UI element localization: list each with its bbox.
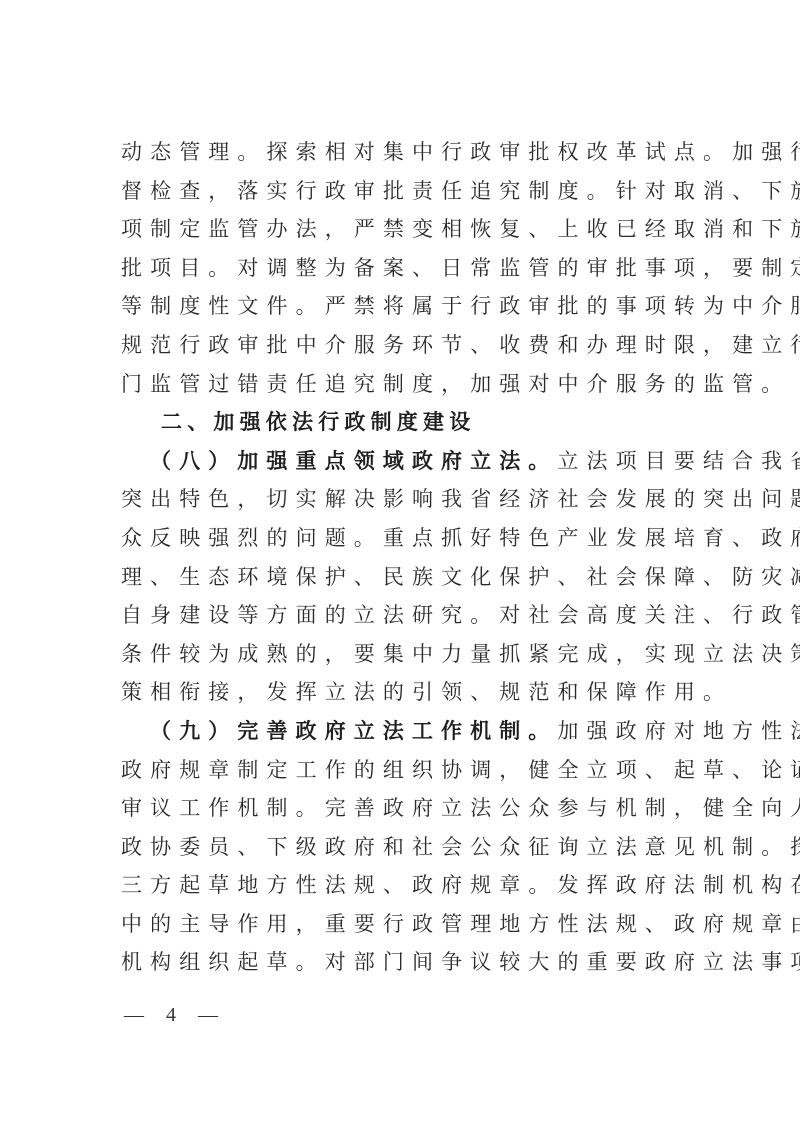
paragraph-line: 策相衔接，发挥立法的引领、规范和保障作用。: [121, 673, 711, 712]
paragraph-line: 动态管理。探索相对集中行政审批权改革试点。加强行政审批监: [121, 133, 711, 172]
paragraph-line: 理、生态环境保护、民族文化保护、社会保障、防灾减灾、政府: [121, 558, 711, 597]
paragraph-line: 自身建设等方面的立法研究。对社会高度关注、行政管理急需、: [121, 596, 711, 635]
paragraph-line: 中的主导作用，重要行政管理地方性法规、政府规章由政府法制: [121, 905, 711, 944]
item-9-first-line: （九）完善政府立法工作机制。加强政府对地方性法规草案、: [121, 712, 711, 751]
paragraph-line: 规范行政审批中介服务环节、收费和办理时限，建立行政主管部: [121, 326, 711, 365]
paragraph-line: 三方起草地方性法规、政府规章。发挥政府法制机构在政府立法: [121, 866, 711, 905]
item-8-first-line: （八）加强重点领域政府立法。立法项目要结合我省实际、: [121, 442, 711, 481]
paragraph-line: 条件较为成熟的，要集中力量抓紧完成，实现立法决策与改革决: [121, 635, 711, 674]
paragraph-line: 项制定监管办法，严禁变相恢复、上收已经取消和下放的行政审: [121, 210, 711, 249]
paragraph-line: 门监管过错责任追究制度，加强对中介服务的监管。: [121, 365, 711, 404]
item-8-text: 立法项目要结合我省实际、: [557, 449, 800, 473]
paragraph-line: 审议工作机制。完善政府立法公众参与机制，健全向人大代表、: [121, 789, 711, 828]
paragraph-line: 众反映强烈的问题。重点抓好特色产业发展培育、政府投资管: [121, 519, 711, 558]
paragraph-line: 突出特色，切实解决影响我省经济社会发展的突出问题和人民群: [121, 480, 711, 519]
paragraph-line: 批项目。对调整为备案、日常监管的审批事项，要制定办理指南: [121, 249, 711, 288]
document-page: 动态管理。探索相对集中行政审批权改革试点。加强行政审批监 督检查，落实行政审批责…: [0, 0, 800, 1127]
item-9-text: 加强政府对地方性法规草案、: [557, 719, 800, 743]
paragraph-line: 机构组织起草。对部门间争议较大的重要政府立法事项，由政府: [121, 943, 711, 982]
item-9-title: （九）完善政府立法工作机制。: [150, 718, 557, 743]
item-8-title: （八）加强重点领域政府立法。: [150, 448, 557, 473]
paragraph-line: 政协委员、下级政府和社会公众征询立法意见机制。探索委托第: [121, 828, 711, 867]
paragraph-line: 等制度性文件。严禁将属于行政审批的事项转为中介服务事项，: [121, 287, 711, 326]
paragraph-line: 政府规章制定工作的组织协调，健全立项、起草、论证、协调、: [121, 751, 711, 790]
page-number: — 4 —: [124, 1004, 222, 1027]
section-heading: 二、加强依法行政制度建设: [121, 403, 711, 442]
paragraph-line: 督检查，落实行政审批责任追究制度。针对取消、下放的审批事: [121, 172, 711, 211]
document-body: 动态管理。探索相对集中行政审批权改革试点。加强行政审批监 督检查，落实行政审批责…: [121, 133, 711, 982]
